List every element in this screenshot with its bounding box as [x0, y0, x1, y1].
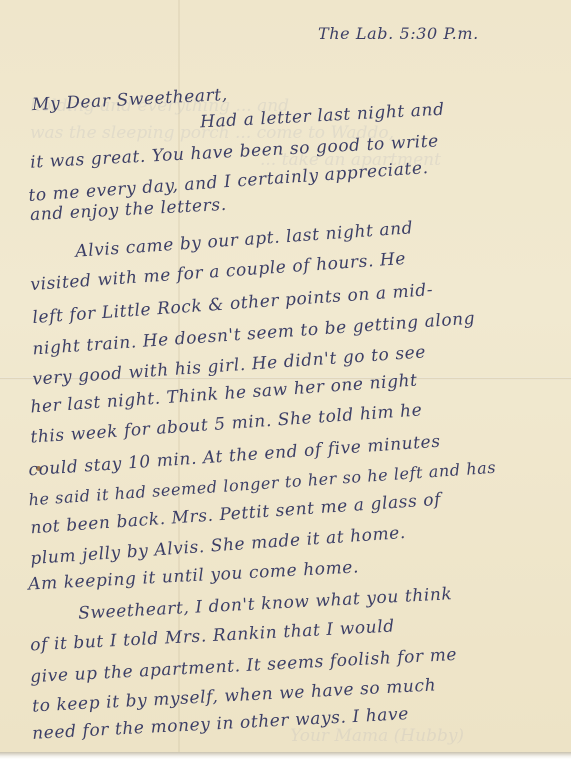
paper-bottom-edge — [0, 752, 571, 759]
letter-line: Sweetheart, I don't know what you think — [78, 584, 453, 624]
letter-page: holding and everything ... and was the s… — [0, 0, 571, 752]
letter-header: The Lab. 5:30 P.m. — [318, 24, 479, 43]
